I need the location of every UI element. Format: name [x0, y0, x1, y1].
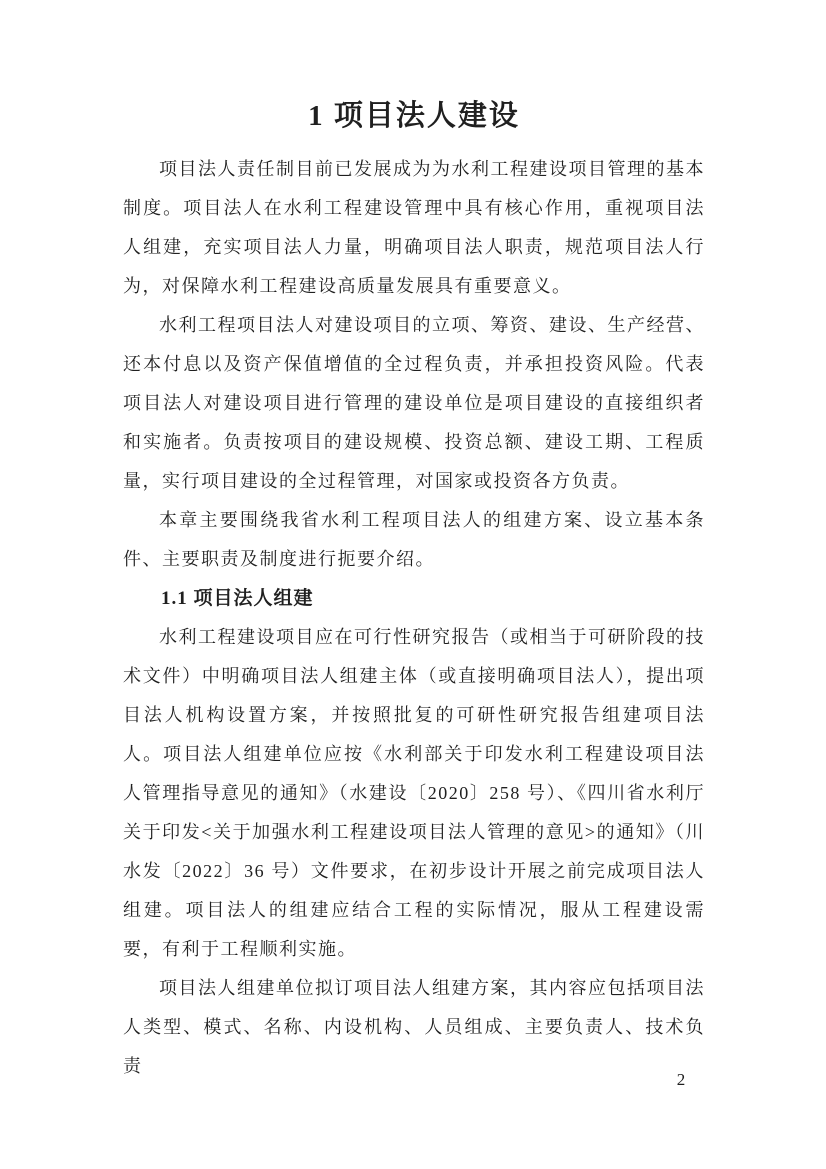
- paragraph: 水利工程建设项目应在可行性研究报告（或相当于可研阶段的技术文件）中明确项目法人组…: [123, 618, 705, 969]
- paragraph: 项目法人责任制目前已发展成为为水利工程建设项目管理的基本制度。项目法人在水利工程…: [123, 150, 705, 306]
- document-page: 1 项目法人建设 项目法人责任制目前已发展成为为水利工程建设项目管理的基本制度。…: [0, 0, 826, 1169]
- chapter-title: 1 项目法人建设: [123, 96, 705, 136]
- page-content: 1 项目法人建设 项目法人责任制目前已发展成为为水利工程建设项目管理的基本制度。…: [123, 96, 705, 1086]
- page-number: 2: [666, 1068, 696, 1092]
- paragraph: 本章主要围绕我省水利工程项目法人的组建方案、设立基本条件、主要职责及制度进行扼要…: [123, 501, 705, 579]
- paragraph: 项目法人组建单位拟订项目法人组建方案，其内容应包括项目法人类型、模式、名称、内设…: [123, 969, 705, 1086]
- paragraph: 水利工程项目法人对建设项目的立项、筹资、建设、生产经营、还本付息以及资产保值增值…: [123, 306, 705, 501]
- section-heading: 1.1 项目法人组建: [123, 579, 705, 618]
